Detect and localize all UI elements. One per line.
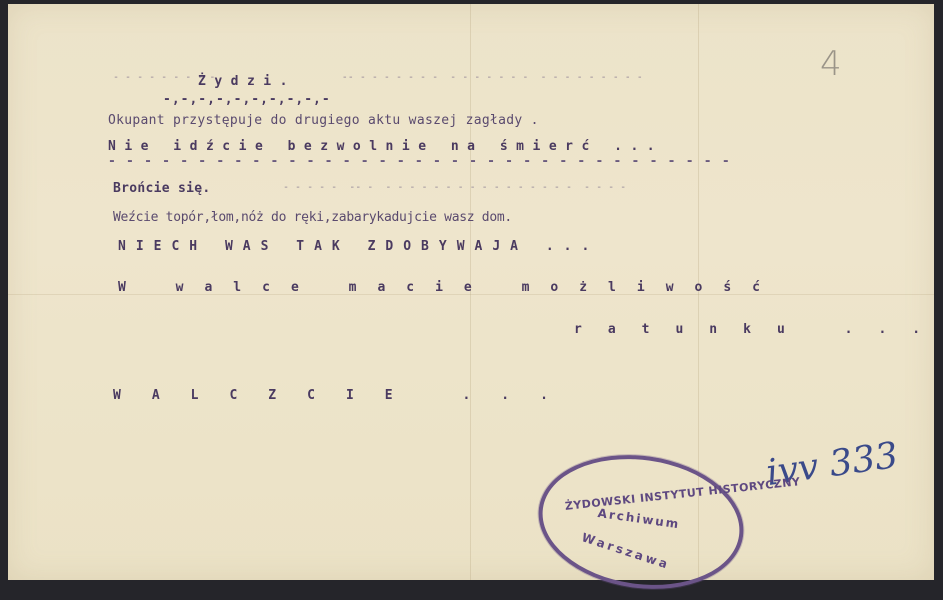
heading: Żydzi. (198, 74, 296, 89)
line-7: ratunku ... (574, 322, 943, 337)
line-5: NIECH WAS TAK ZDOBYWAJA ... (118, 239, 599, 254)
faint-mark: - - - - - -- - - - - - - - - - - - - - -… (283, 182, 626, 193)
dash-rule: - - - - - - - - - - - - - - - - - - - - … (108, 154, 731, 169)
line-6: W walce macie możliwość (118, 280, 781, 295)
line-1: Okupant przystępuje do drugiego aktu was… (108, 113, 539, 128)
faint-mark: - - - - - - - - - -- - - - - - - - - - -… (113, 72, 643, 83)
line-2: Nie idźcie bezwolnie na śmierć ... (108, 139, 663, 154)
archive-stamp: ŻYDOWSKI INSTYTUT HISTORYCZNY Archiwum W… (530, 442, 752, 600)
line-8: WALCZCIE ... (113, 388, 579, 403)
page-number: 4 (820, 44, 842, 84)
stamp-middle-text: Archiwum (597, 506, 681, 531)
stamp-bottom-text: Warszawa (580, 530, 672, 572)
line-4: Weźcie topór,łom,nóż do ręki,zabarykaduj… (113, 210, 512, 225)
document-page: - - - - - - - - - -- - - - - - - - - - -… (8, 4, 934, 580)
heading-underline: -,-,-,-,-,-,-,-,-,- (163, 92, 331, 107)
line-3: Brońcie się. (113, 181, 211, 196)
